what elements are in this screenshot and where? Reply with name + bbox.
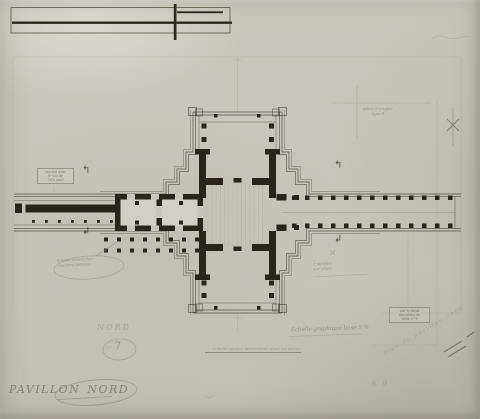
scanned-drawing-sheet: PAVILLONNORD NORD n°7 6 9 Echelle graphi… bbox=[0, 0, 480, 419]
corner-number: 6 9 bbox=[372, 380, 389, 388]
sheet-number: n°7 bbox=[106, 341, 121, 352]
sheet-number-value: 7 bbox=[115, 341, 121, 352]
pillar-note-line2: type B bbox=[363, 111, 393, 116]
east-gallery-colonnade bbox=[292, 196, 453, 229]
check-cross-mark bbox=[447, 108, 459, 146]
note-right-line2: sur place bbox=[313, 266, 332, 272]
turn-arrow-icon: ↲ bbox=[82, 226, 90, 237]
scale-bar bbox=[11, 4, 232, 40]
floor-plan-drawing bbox=[0, 0, 480, 419]
stamp-left-line3: l'aile nord bbox=[39, 178, 72, 182]
title-note: PAVILLONNORD bbox=[9, 383, 129, 396]
title-word-pavillon: PAVILLON bbox=[9, 383, 80, 396]
scale-line-note: échelle quatre millimètres pour un mètre bbox=[213, 347, 300, 351]
stamp-right-line3: fonte n° 9 bbox=[391, 317, 428, 321]
turn-arrow-icon: ↰ bbox=[334, 160, 342, 171]
turn-arrow-icon: ↰ bbox=[82, 165, 90, 176]
sheet-number-prefix: n° bbox=[106, 345, 112, 351]
pencil-note-right: à vérifier sur place bbox=[313, 261, 332, 272]
hall-hatching bbox=[212, 184, 262, 246]
turn-arrow-icon: ↲ bbox=[334, 234, 342, 245]
title-word-nord: NORD bbox=[87, 383, 129, 396]
stamp-note-left: raccord avec le mur de l'aile nord bbox=[37, 168, 74, 184]
stamp-note-right: voir le détail des piliers de fonte n° 9 bbox=[389, 307, 430, 323]
pencil-note-left: emplacement des anciens poteaux bbox=[57, 256, 93, 268]
pillar-note: pilier d'origine type B bbox=[363, 106, 393, 116]
nord-pencil-label: NORD bbox=[97, 323, 131, 332]
